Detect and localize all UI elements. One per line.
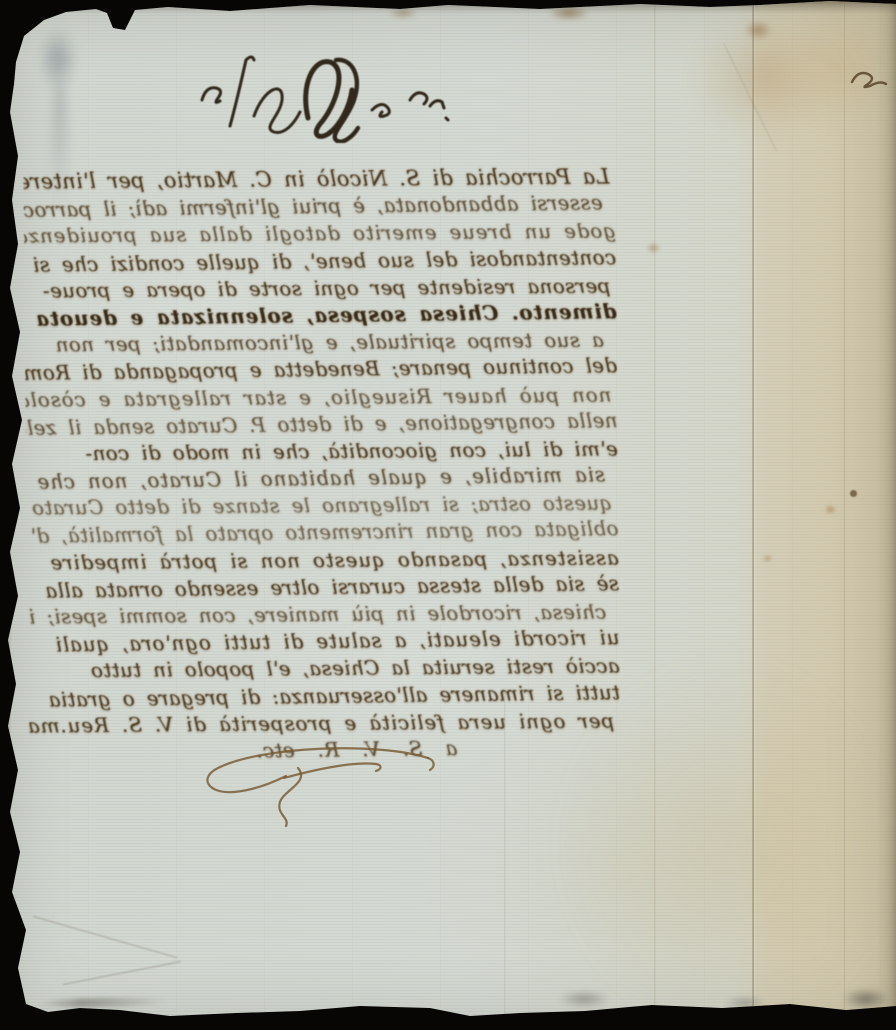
header-monogram-flourish: [190, 48, 470, 143]
header-side-mark: [846, 60, 894, 94]
warm-tone-right-of-fold: [754, 0, 896, 1030]
manuscript-text-block: La Parrochia di S. Nicolò in C. Martio, …: [23, 163, 620, 772]
manuscript-page: La Parrochia di S. Nicolò in C. Martio, …: [0, 0, 896, 1030]
grey-smudge-bottom-edge: [558, 990, 610, 1008]
dark-streak-bottom-left: [38, 997, 170, 1008]
fold-crease-right: [844, 4, 846, 1014]
brown-spot-right-margin: [762, 554, 773, 563]
graphite-smudge-top-left: [38, 26, 78, 92]
foxing-speck-top-edge: [548, 5, 590, 21]
dark-speck-right-margin: [850, 490, 857, 497]
paper-wrinkle: [63, 961, 181, 986]
brown-spot-right-margin: [824, 504, 837, 515]
manuscript-line: a S. V. R. etc.: [28, 735, 457, 768]
paper-wrinkle: [33, 915, 178, 958]
scanner-background: La Parrochia di S. Nicolò in C. Martio, …: [0, 0, 896, 1030]
paper-wrinkle: [723, 43, 777, 152]
fold-crease-main: [752, 4, 755, 1014]
foxing-speck-top-edge: [388, 7, 418, 19]
brown-spot-mid-page: [646, 242, 661, 254]
grey-smudge-bottom-edge: [724, 996, 766, 1010]
foxing-stain-top-centre: [688, 16, 840, 138]
warm-wash-top-right: [792, 0, 896, 130]
fold-crease-centre: [654, 4, 656, 1014]
foxing-speck-top-edge: [744, 20, 772, 40]
grey-smudge-bottom-edge: [842, 988, 890, 1010]
